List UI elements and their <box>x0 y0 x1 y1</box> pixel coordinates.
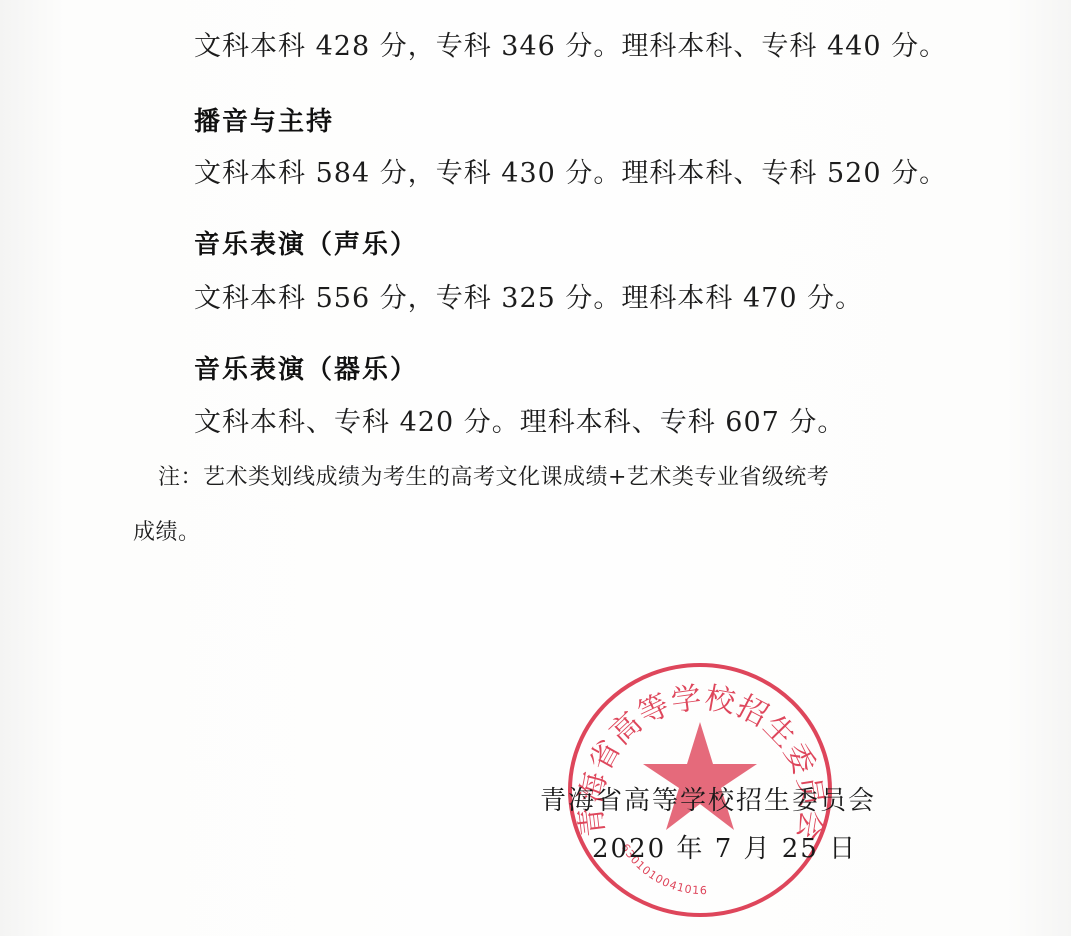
section-heading-vocal-music: 音乐表演（声乐） <box>194 228 418 262</box>
issue-date: 2020 年 7 月 25 日 <box>592 828 857 865</box>
note-line-1: 注：艺术类划线成绩为考生的高考文化课成绩+艺术类专业省级统考 <box>158 463 829 493</box>
issuing-organization: 青海省高等学校招生委员会 <box>540 780 876 817</box>
section-heading-instrumental-music: 音乐表演（器乐） <box>194 353 418 387</box>
note-line-2: 成绩。 <box>133 518 201 548</box>
document-page: 文科本科 428 分，专科 346 分。理科本科、专科 440 分。 播音与主持… <box>0 0 1071 936</box>
score-line-3: 文科本科 556 分，专科 325 分。理科本科 470 分。 <box>194 282 863 316</box>
score-line-2: 文科本科 584 分，专科 430 分。理科本科、专科 520 分。 <box>194 157 947 191</box>
score-line-1: 文科本科 428 分，专科 346 分。理科本科、专科 440 分。 <box>194 30 947 64</box>
score-line-4: 文科本科、专科 420 分。理科本科、专科 607 分。 <box>194 406 845 440</box>
section-heading-broadcasting: 播音与主持 <box>194 105 334 139</box>
